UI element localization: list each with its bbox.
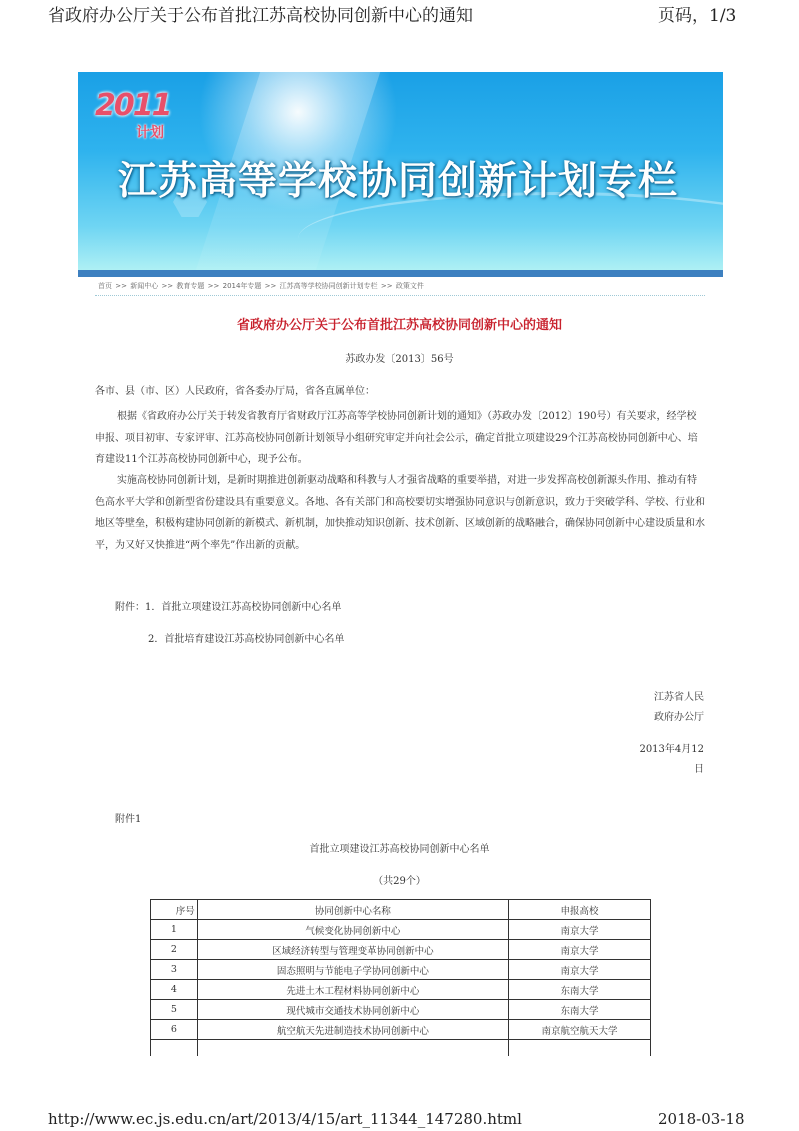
- appendix-count: （共29个）: [0, 872, 799, 887]
- header-center-name: 协同创新中心名称: [197, 900, 508, 920]
- header-serial: 序号: [151, 900, 198, 920]
- table-row: 6 航空航天先进制造技术协同创新中心 南京航空航天大学: [151, 1020, 651, 1040]
- source-url: http://www.ec.js.edu.cn/art/2013/4/15/ar…: [48, 1110, 522, 1128]
- cell-empty: [509, 1040, 651, 1057]
- document-number: 苏政办发〔2013〕56号: [0, 350, 799, 365]
- print-header: 省政府办公厅关于公布首批江苏高校协同创新中心的通知 页码，1/3: [0, 0, 799, 30]
- breadcrumb-separator: >>: [265, 282, 277, 290]
- breadcrumb: 首页 >> 新闻中心 >> 教育专题 >> 2014年专题 >> 江苏高等学校协…: [98, 281, 425, 291]
- cell-empty: [197, 1040, 508, 1057]
- cell-university: 东南大学: [509, 980, 651, 1000]
- signature-date: 2013年4月12 日: [639, 740, 704, 780]
- addressee: 各市、县（市、区）人民政府，省各委办厅局，省各直属单位：: [95, 381, 705, 403]
- cell-serial: 4: [151, 980, 198, 1000]
- breadcrumb-education-topics[interactable]: 教育专题: [176, 282, 204, 290]
- dotted-divider: [95, 295, 705, 296]
- signature-date-line-1: 2013年4月12: [639, 740, 704, 760]
- cell-center-name: 气候变化协同创新中心: [197, 920, 508, 940]
- appendix-title: 首批立项建设江苏高校协同创新中心名单: [0, 840, 799, 855]
- table-header-row: 序号 协同创新中心名称 申报高校: [151, 900, 651, 920]
- signature-line-2: 政府办公厅: [654, 708, 704, 728]
- signature-date-line-2: 日: [639, 760, 704, 780]
- cell-university: 南京大学: [509, 940, 651, 960]
- signature-issuer: 江苏省人民 政府办公厅: [654, 688, 704, 728]
- innovation-centers-table: 序号 协同创新中心名称 申报高校 1 气候变化协同创新中心 南京大学 2 区域经…: [150, 899, 651, 1056]
- body-paragraph-2: 实施高校协同创新计划，是新时期推进创新驱动战略和科教与人才强省战略的重要举措，对…: [95, 470, 705, 556]
- table-row: 2 区域经济转型与管理变革协同创新中心 南京大学: [151, 940, 651, 960]
- cell-empty: [151, 1040, 198, 1057]
- cell-serial: 2: [151, 940, 198, 960]
- cell-center-name: 现代城市交通技术协同创新中心: [197, 1000, 508, 1020]
- page-number: 页码，1/3: [658, 1, 736, 26]
- signature-line-1: 江苏省人民: [654, 688, 704, 708]
- cell-university: 南京大学: [509, 960, 651, 980]
- cell-serial: 1: [151, 920, 198, 940]
- breadcrumb-innovation-column[interactable]: 江苏高等学校协同创新计划专栏: [280, 282, 378, 290]
- body-paragraph-1: 根据《省政府办公厅关于转发省教育厅省财政厅江苏高等学校协同创新计划的通知》（苏政…: [95, 406, 705, 471]
- cell-center-name: 固态照明与节能电子学协同创新中心: [197, 960, 508, 980]
- cell-university: 东南大学: [509, 1000, 651, 1020]
- breadcrumb-separator: >>: [161, 282, 173, 290]
- cell-serial: 5: [151, 1000, 198, 1020]
- attachment-2: 2．首批培育建设江苏高校协同创新中心名单: [148, 630, 344, 645]
- breadcrumb-separator: >>: [381, 282, 393, 290]
- breadcrumb-2014-topics[interactable]: 2014年专题: [223, 282, 262, 290]
- banner-bottom-bar: [78, 270, 723, 277]
- cell-serial: 6: [151, 1020, 198, 1040]
- cell-serial: 3: [151, 960, 198, 980]
- table-row: 5 现代城市交通技术协同创新中心 东南大学: [151, 1000, 651, 1020]
- breadcrumb-separator: >>: [115, 282, 127, 290]
- cell-center-name: 先进土木工程材料协同创新中心: [197, 980, 508, 1000]
- header-university: 申报高校: [509, 900, 651, 920]
- logo-subtitle: 计划: [136, 122, 164, 142]
- print-header-title: 省政府办公厅关于公布首批江苏高校协同创新中心的通知: [48, 1, 473, 26]
- table-row-continued: [151, 1040, 651, 1057]
- cell-center-name: 航空航天先进制造技术协同创新中心: [197, 1020, 508, 1040]
- cell-center-name: 区域经济转型与管理变革协同创新中心: [197, 940, 508, 960]
- banner-title: 江苏高等学校协同创新计划专栏: [118, 150, 678, 206]
- breadcrumb-home[interactable]: 首页: [98, 282, 112, 290]
- table-row: 1 气候变化协同创新中心 南京大学: [151, 920, 651, 940]
- breadcrumb-separator: >>: [208, 282, 220, 290]
- table-row: 4 先进土木工程材料协同创新中心 东南大学: [151, 980, 651, 1000]
- cell-university: 南京大学: [509, 920, 651, 940]
- banner: 2011 计划 江苏高等学校协同创新计划专栏: [78, 72, 723, 270]
- breadcrumb-policy-documents[interactable]: 政策文件: [396, 282, 424, 290]
- document-title: 省政府办公厅关于公布首批江苏高校协同创新中心的通知: [0, 314, 799, 333]
- logo-2011-icon: 2011: [95, 88, 171, 123]
- print-date: 2018-03-18: [658, 1110, 744, 1128]
- table-row: 3 固态照明与节能电子学协同创新中心 南京大学: [151, 960, 651, 980]
- breadcrumb-news-center[interactable]: 新闻中心: [130, 282, 158, 290]
- attachment-1: 附件：1．首批立项建设江苏高校协同创新中心名单: [115, 598, 341, 613]
- cell-university: 南京航空航天大学: [509, 1020, 651, 1040]
- appendix-label: 附件1: [115, 810, 141, 825]
